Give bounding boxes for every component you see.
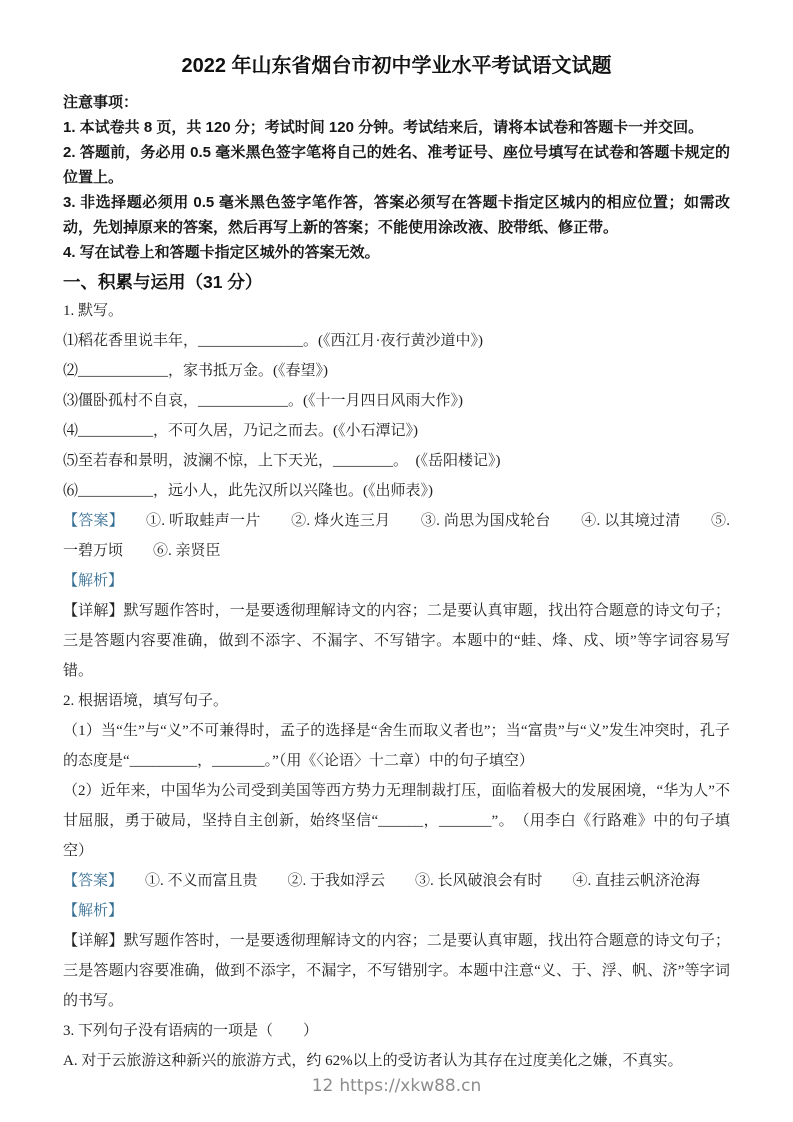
- question-1-blank-4: ⑷__________，不可久居，乃记之而去。(《小石潭记》): [63, 416, 730, 446]
- notice-section: 注意事项： 1. 本试卷共 8 页，共 120 分；考试时间 120 分钟。考试…: [63, 90, 730, 265]
- document-page: 2022 年山东省烟台市初中学业水平考试语文试题 注意事项： 1. 本试卷共 8…: [0, 0, 793, 1122]
- question-1-answer-line: 【答案】①. 听取蛙声一片 ②. 烽火连三月 ③. 尚思为国戍轮台 ④. 以其境…: [63, 506, 730, 566]
- notice-item-1: 1. 本试卷共 8 页，共 120 分；考试时间 120 分钟。考试结来后，请将…: [63, 115, 730, 140]
- question-2-detail: 【详解】默写题作答时，一是要透彻理解诗文的内容；二是要认真审题，找出符合题意的诗…: [63, 926, 730, 1016]
- question-3-stem: 3. 下列句子没有语病的一项是（ ）: [63, 1016, 730, 1046]
- question-1-blank-6: ⑹__________，远小人，此先汉所以兴隆也。(《出师表》): [63, 476, 730, 506]
- answer-text: ①. 不义而富且贵 ②. 于我如浮云 ③. 长风破浪会有时 ④. 直挂云帆济沧海: [123, 873, 700, 889]
- page-footer: 12https://xkw88.cn: [0, 1076, 793, 1096]
- question-1-blank-1: ⑴稻花香里说丰年，______________。(《西江月·夜行黄沙道中》): [63, 326, 730, 356]
- question-2-item-2: （2）近年来，中国华为公司受到美国等西方势力无理制裁打压，面临着极大的发展困境，…: [63, 776, 730, 866]
- notice-item-4: 4. 写在试卷上和答题卡指定区城外的答案无效。: [63, 240, 730, 265]
- question-2-stem: 2. 根据语境，填写句子。: [63, 686, 730, 716]
- notice-heading: 注意事项：: [63, 90, 730, 115]
- section-1-heading: 一、积累与运用（31 分）: [63, 268, 730, 296]
- page-title: 2022 年山东省烟台市初中学业水平考试语文试题: [63, 52, 730, 80]
- notice-item-2: 2. 答题前，务必用 0.5 毫米黑色签字笔将自己的姓名、准考证号、座位号填写在…: [63, 140, 730, 190]
- question-1-stem: 1. 默写。: [63, 296, 730, 326]
- question-1-detail: 【详解】默写题作答时，一是要透彻理解诗文的内容；二是要认真审题，找出符合题意的诗…: [63, 596, 730, 686]
- question-2-item-1: （1）当“生”与“义”不可兼得时，孟子的选择是“舍生而取义者也”；当“富贵”与“…: [63, 716, 730, 776]
- question-1-blank-5: ⑸至若春和景明，波澜不惊，上下天光，________。 (《岳阳楼记》): [63, 446, 730, 476]
- analysis-label: 【解析】: [63, 566, 730, 596]
- question-1-blank-3: ⑶僵卧孤村不自哀，____________。(《十一月四日风雨大作》): [63, 386, 730, 416]
- question-1-blank-2: ⑵____________，家书抵万金。(《春望》): [63, 356, 730, 386]
- question-2-answer-line: 【答案】①. 不义而富且贵 ②. 于我如浮云 ③. 长风破浪会有时 ④. 直挂云…: [63, 866, 730, 896]
- notice-item-3: 3. 非选择题必须用 0.5 毫米黑色签字笔作答，答案必须写在答题卡指定区城内的…: [63, 190, 730, 240]
- answer-text: ①. 听取蛙声一片 ②. 烽火连三月 ③. 尚思为国戍轮台 ④. 以其境过清 ⑤…: [63, 513, 730, 559]
- exam-body: 1. 默写。 ⑴稻花香里说丰年，______________。(《西江月·夜行黄…: [63, 296, 730, 1076]
- analysis-label: 【解析】: [63, 896, 730, 926]
- footer-url: https://xkw88.cn: [339, 1076, 481, 1096]
- answer-label: 【答案】: [63, 513, 124, 529]
- question-3-option-a: A. 对于云旅游这种新兴的旅游方式，约 62%以上的受访者认为其存在过度美化之嫌…: [63, 1046, 730, 1076]
- footer-page-number: 12: [312, 1076, 334, 1096]
- answer-label: 【答案】: [63, 873, 123, 889]
